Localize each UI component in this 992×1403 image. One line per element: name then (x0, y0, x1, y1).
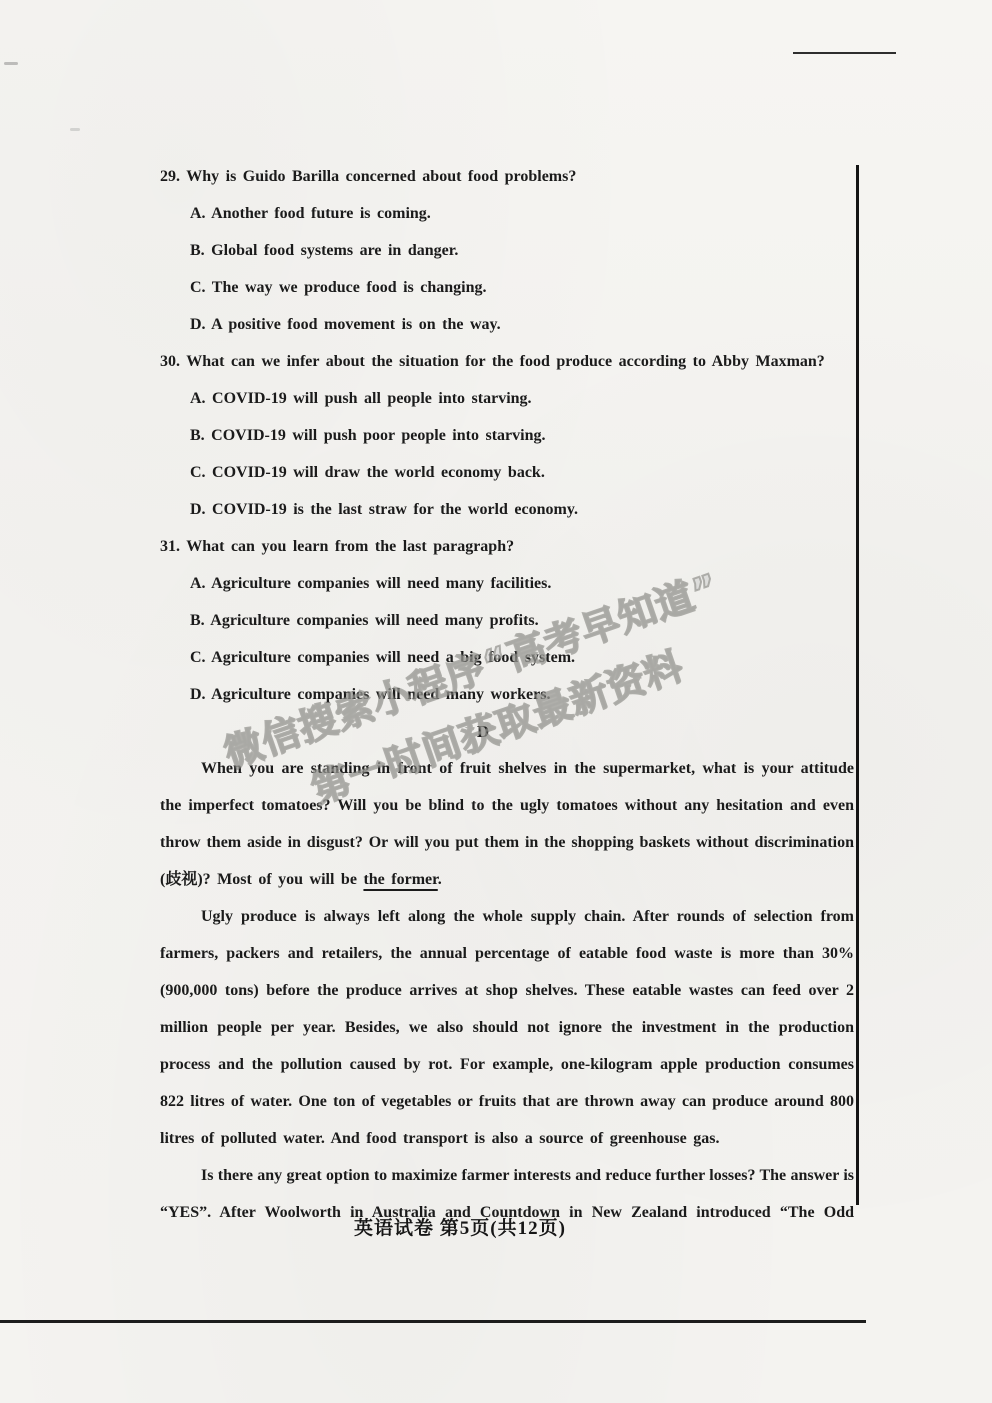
question-30-stem: 30. What can we infer about the situatio… (160, 343, 854, 380)
question-31-option-b: B. Agriculture companies will need many … (160, 602, 854, 639)
passage-line: Is there any great option to maximize fa… (160, 1157, 854, 1194)
question-31-option-a: A. Agriculture companies will need many … (160, 565, 854, 602)
question-29-stem: 29. Why is Guido Barilla concerned about… (160, 158, 854, 195)
question-30-option-b: B. COVID-19 will push poor people into s… (160, 417, 854, 454)
question-29-option-c: C. The way we produce food is changing. (160, 269, 854, 306)
underlined-phrase: the former (363, 871, 437, 888)
scan-speck (4, 62, 18, 65)
question-29-text: Why is Guido Barilla concerned about foo… (186, 168, 576, 185)
passage-line: throw them aside in disgust? Or will you… (160, 824, 854, 861)
right-vertical-rule (856, 165, 859, 1205)
question-30-number: 30. (160, 353, 180, 370)
question-31-number: 31. (160, 538, 180, 555)
scanned-exam-page: 微信搜索小程序“高考早知道” 第一时间获取最新资料 29. Why is Gui… (0, 0, 992, 1403)
passage-line: (900,000 tons) before the produce arrive… (160, 972, 854, 1009)
question-31-text: What can you learn from the last paragra… (186, 538, 514, 555)
question-29-option-a: A. Another food future is coming. (160, 195, 854, 232)
passage-line: the imperfect tomatoes? Will you be blin… (160, 787, 854, 824)
question-30-option-a: A. COVID-19 will push all people into st… (160, 380, 854, 417)
question-31-stem: 31. What can you learn from the last par… (160, 528, 854, 565)
question-29-option-b: B. Global food systems are in danger. (160, 232, 854, 269)
passage-line: farmers, packers and retailers, the annu… (160, 935, 854, 972)
passage-line: million people per year. Besides, we als… (160, 1009, 854, 1046)
question-31-option-c: C. Agriculture companies will need a big… (160, 639, 854, 676)
question-29-number: 29. (160, 168, 180, 185)
passage-line: When you are standing in front of fruit … (160, 750, 854, 787)
passage-text: (歧视)? Most of you will be (160, 871, 363, 888)
top-right-scan-line (793, 52, 896, 54)
question-30-option-c: C. COVID-19 will draw the world economy … (160, 454, 854, 491)
passage-section-label: D (160, 713, 854, 750)
question-29-option-d: D. A positive food movement is on the wa… (160, 306, 854, 343)
passage-line: litres of polluted water. And food trans… (160, 1120, 854, 1157)
passage-text: . (438, 871, 442, 888)
page-footer: 英语试卷 第5页(共12页) (354, 1213, 566, 1240)
passage-line: process and the pollution caused by rot.… (160, 1046, 854, 1083)
question-30-option-d: D. COVID-19 is the last straw for the wo… (160, 491, 854, 528)
passage-line: Ugly produce is always left along the wh… (160, 898, 854, 935)
exam-text-column: 29. Why is Guido Barilla concerned about… (160, 158, 854, 1231)
question-31-option-d: D. Agriculture companies will need many … (160, 676, 854, 713)
scan-speck (70, 128, 80, 131)
bottom-scan-line (0, 1320, 866, 1323)
passage-line: 822 litres of water. One ton of vegetabl… (160, 1083, 854, 1120)
question-30-text: What can we infer about the situation fo… (186, 353, 825, 370)
passage-line: (歧视)? Most of you will be the former. (160, 861, 854, 898)
